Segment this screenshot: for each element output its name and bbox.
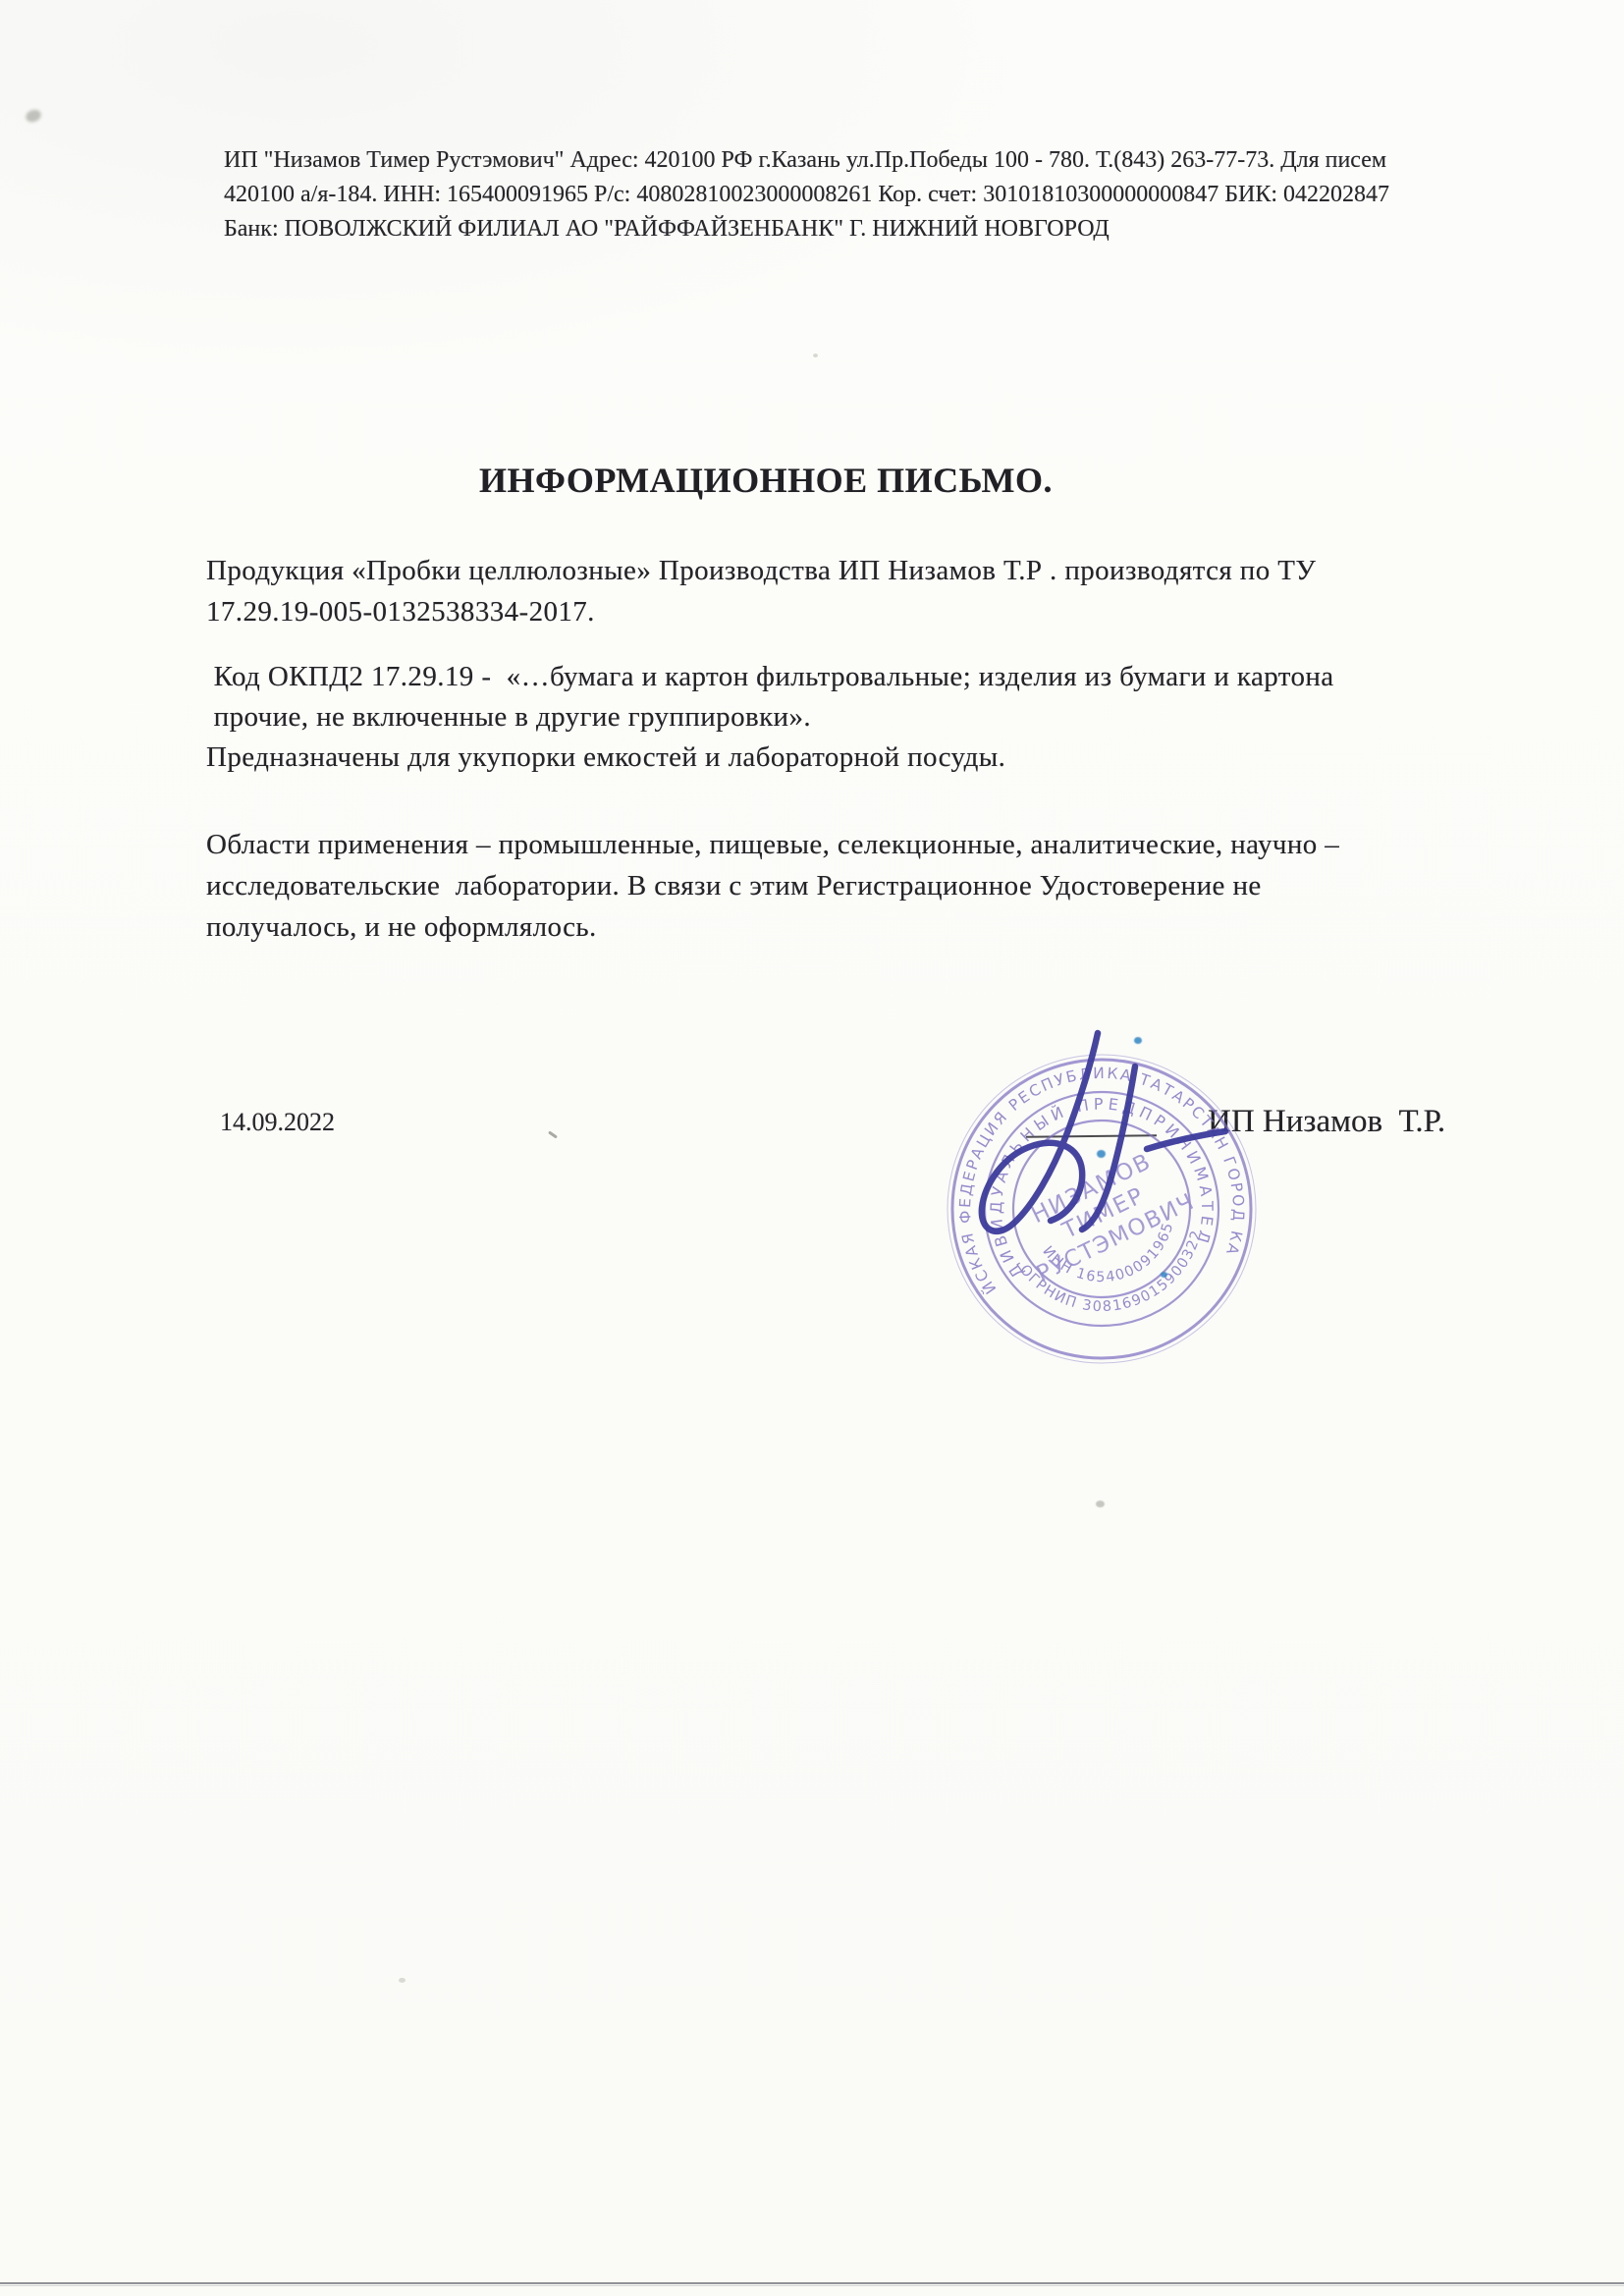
handwritten-signature	[923, 1011, 1257, 1247]
scan-bottom-edge-shadow	[0, 2285, 1624, 2286]
letterhead-line-1: ИП "Низамов Тимер Рустэмович" Адрес: 420…	[224, 143, 1500, 178]
paragraph-application-line-2: исследовательские лаборатории. В связи с…	[206, 865, 1512, 906]
signature-stroke-dash	[1147, 1131, 1225, 1149]
ink-dot	[1134, 1037, 1142, 1044]
ink-dot	[1161, 1272, 1167, 1278]
paragraph-product-line-2: 17.29.19-005-0132538334-2017.	[206, 591, 1512, 632]
paragraph-application-line-1: Области применения – промышленные, пищев…	[206, 824, 1512, 865]
scan-speck	[813, 354, 818, 357]
letterhead: ИП "Низамов Тимер Рустэмович" Адрес: 420…	[224, 143, 1500, 246]
paragraph-product-line-1: Продукция «Пробки целлюлозные» Производс…	[206, 550, 1512, 591]
letterhead-line-2: 420100 а/я-184. ИНН: 165400091965 Р/с: 4…	[224, 178, 1500, 212]
paragraph-application-line-3: получалось, и не оформлялось.	[206, 906, 1512, 948]
paragraph-application: Области применения – промышленные, пищев…	[206, 824, 1512, 948]
scan-speck	[24, 108, 42, 125]
signature-stroke-second	[1082, 1066, 1135, 1230]
paragraph-okpd: Код ОКПД2 17.29.19 - «…бумага и картон ф…	[206, 657, 1512, 778]
scan-speck	[548, 1130, 558, 1138]
letter-date: 14.09.2022	[220, 1108, 335, 1137]
scanned-letter-page: ИП "Низамов Тимер Рустэмович" Адрес: 420…	[0, 0, 1624, 2296]
scan-speck	[399, 1978, 406, 1983]
paragraph-okpd-line-2: прочие, не включенные в другие группиров…	[206, 697, 1512, 738]
paragraph-okpd-line-1: Код ОКПД2 17.29.19 - «…бумага и картон ф…	[206, 657, 1512, 697]
ink-dot	[1097, 1150, 1106, 1158]
scan-bottom-edge	[0, 2282, 1624, 2284]
paragraph-okpd-line-3: Предназначены для укупорки емкостей и ла…	[206, 738, 1512, 778]
paragraph-product: Продукция «Пробки целлюлозные» Производс…	[206, 550, 1512, 632]
letterhead-line-3: Банк: ПОВОЛЖСКИЙ ФИЛИАЛ АО "РАЙФФАЙЗЕНБА…	[224, 212, 1500, 246]
signature-stroke-main	[982, 1033, 1098, 1231]
scan-speck	[1096, 1501, 1105, 1507]
letter-title: ИНФОРМАЦИОННОЕ ПИСЬМО.	[0, 460, 1532, 501]
